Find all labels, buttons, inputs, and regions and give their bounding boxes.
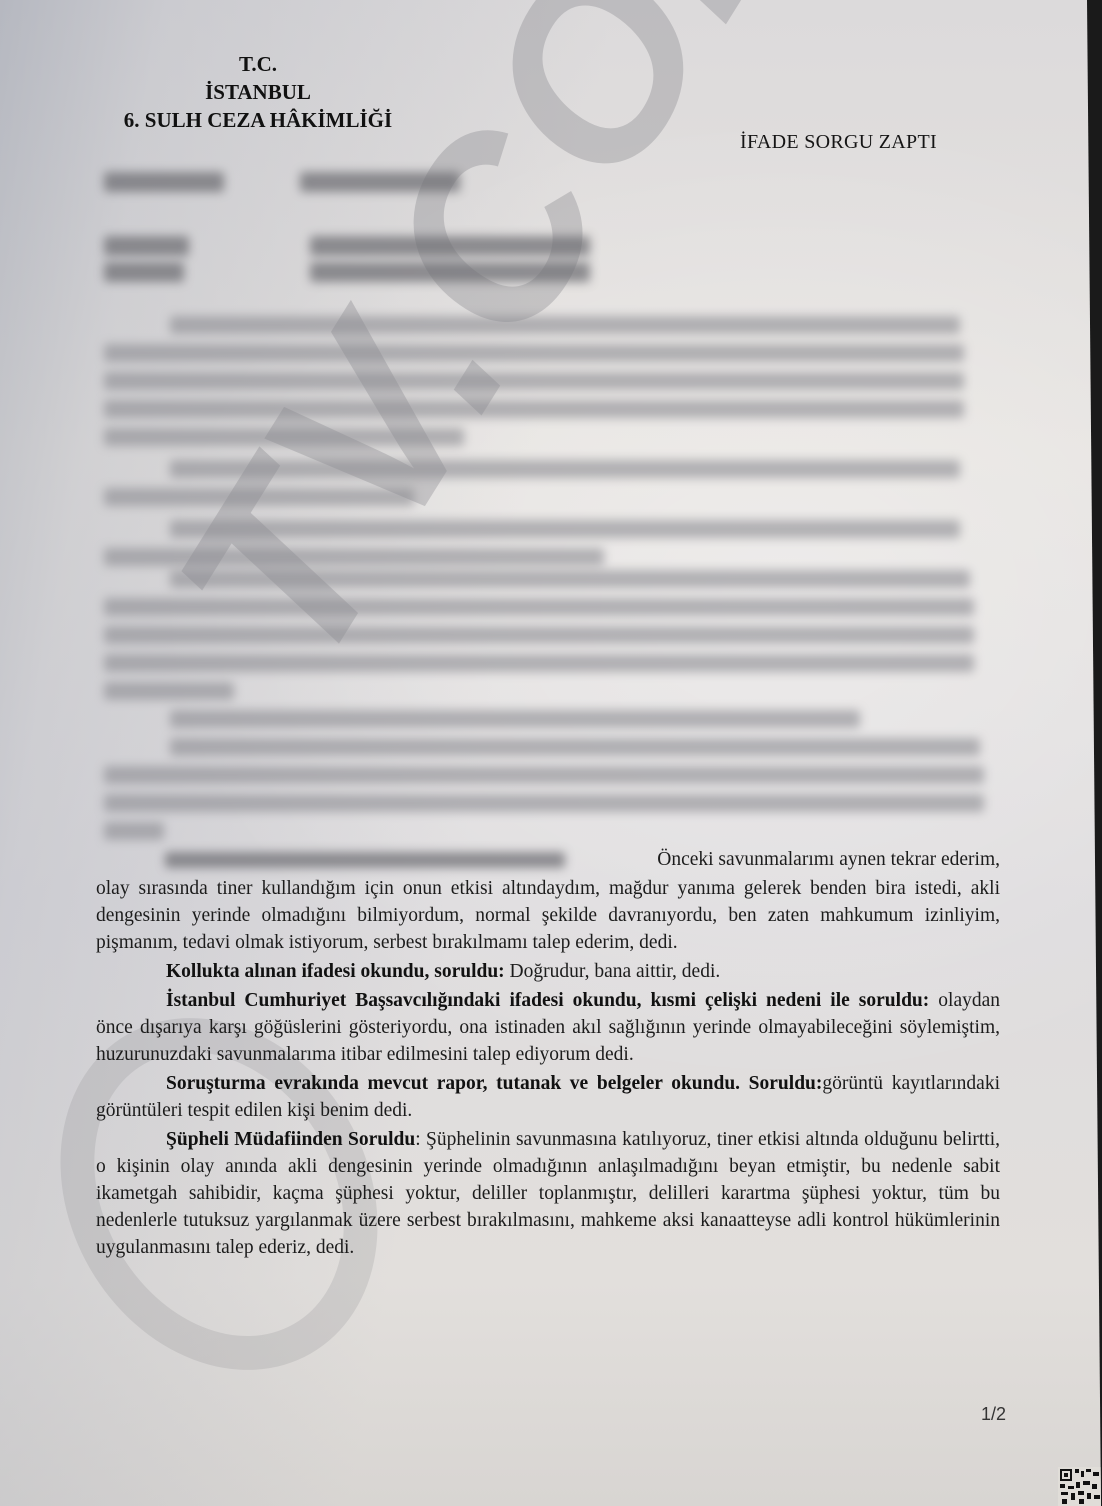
p4-heading: Soruşturma evrakında mevcut rapor, tutan…	[166, 1073, 822, 1094]
p3-heading: İstanbul Cumhuriyet Başsavcılığındaki if…	[166, 990, 929, 1011]
statement-p1: olay sırasında tiner kullandığım için on…	[96, 875, 1000, 956]
qr-code-icon	[1058, 1467, 1102, 1506]
statement-p2: Kollukta alınan ifadesi okundu, soruldu:…	[96, 958, 1000, 985]
statement-body: Önceki savunmalarımı aynen tekrar ederim…	[96, 846, 1000, 1263]
p2-text: Doğrudur, bana aittir, dedi.	[505, 961, 721, 982]
header-line-court: 6. SULH CEZA HÂKİMLİĞİ	[108, 106, 408, 134]
header-line-city: İSTANBUL	[108, 78, 408, 106]
statement-p1-line1: Önceki savunmalarımı aynen tekrar ederim…	[96, 846, 1000, 873]
court-header: T.C. İSTANBUL 6. SULH CEZA HÂKİMLİĞİ	[108, 50, 408, 134]
statement-p4: Soruşturma evrakında mevcut rapor, tutan…	[96, 1070, 1000, 1124]
header-line-tc: T.C.	[108, 50, 408, 78]
page-number: 1/2	[981, 1404, 1006, 1425]
statement-p5: Şüpheli Müdafiinden Soruldu: Şüphelinin …	[96, 1126, 1000, 1261]
statement-p3: İstanbul Cumhuriyet Başsavcılığındaki if…	[96, 987, 1000, 1068]
document-title: İFADE SORGU ZAPTI	[740, 131, 937, 154]
p2-heading: Kollukta alınan ifadesi okundu, soruldu:	[166, 961, 505, 982]
document-page: TV.COM T.C. İSTANBUL 6. SULH CEZA HÂKİML…	[0, 0, 1102, 1506]
p5-heading: Şüpheli Müdafiinden Soruldu	[166, 1129, 415, 1150]
